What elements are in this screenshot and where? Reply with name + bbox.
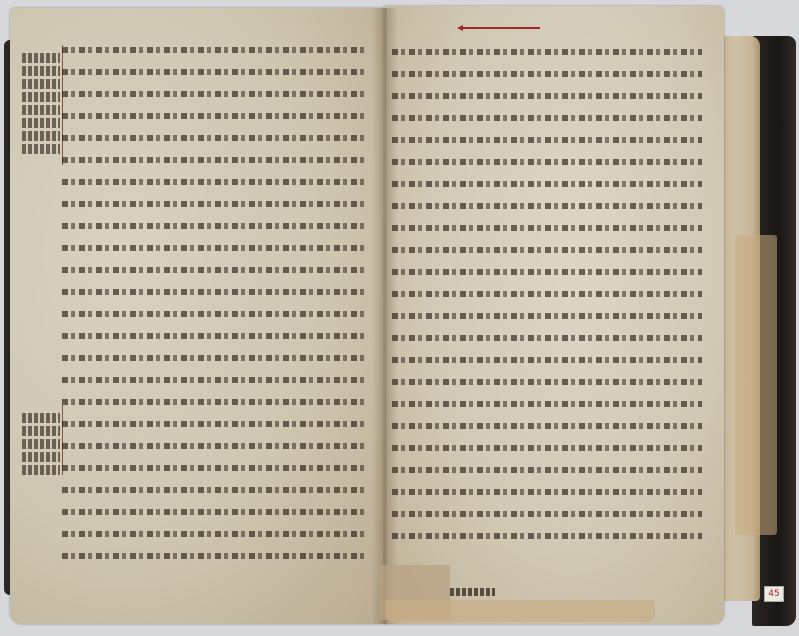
right-page-text	[392, 40, 702, 560]
catalog-label: 45	[764, 586, 784, 602]
left-page-text	[62, 38, 368, 578]
stain-patch	[735, 235, 777, 535]
margin-notes	[22, 410, 60, 480]
catchword	[450, 588, 495, 596]
margin-notes	[22, 50, 60, 160]
manuscript-photo: 45	[0, 0, 799, 636]
rubric-mark	[460, 27, 540, 29]
paper-repair-patch	[385, 600, 655, 622]
